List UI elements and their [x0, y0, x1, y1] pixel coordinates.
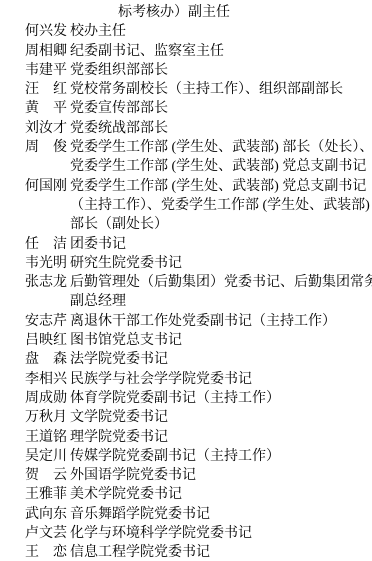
- title-line: 研究生院党委书记: [70, 254, 372, 273]
- person-name: 黄 平: [25, 99, 67, 118]
- title-line: 法学院党委书记: [70, 350, 372, 369]
- person-name: 卢文芸: [25, 524, 67, 543]
- title-line: 纪委副书记、监察室主任: [70, 42, 372, 61]
- title-line: 离退休干部工作处党委副书记（主持工作）: [70, 312, 372, 331]
- position-titles: 研究生院党委书记: [70, 254, 372, 273]
- title-line: （主持工作）、党委学生工作部 (学生处、武装部) 副: [70, 196, 372, 215]
- person-name: 何兴发: [25, 22, 67, 41]
- appointment-entry: 何国刚 党委学生工作部 (学生处、武装部) 党总支副书记（主持工作）、党委学生工…: [25, 177, 372, 235]
- appointment-entry: 吕映红 图书馆党总支书记: [25, 331, 372, 350]
- position-titles: 党校常务副校长（主持工作）、组织部副部长: [70, 80, 372, 99]
- position-titles: 文学院党委书记: [70, 408, 372, 427]
- appointment-entry: 王 恋 信息工程学院党委书记: [25, 543, 372, 561]
- appointment-entry: 吴定川 传媒学院党委副书记（主持工作）: [25, 447, 372, 466]
- person-name: 周成勋: [25, 389, 67, 408]
- title-line: 党委学生工作部 (学生处、武装部) 部长（处长）、: [70, 138, 372, 157]
- position-titles: 纪委副书记、监察室主任: [70, 42, 372, 61]
- person-name: 韦建平: [25, 61, 67, 80]
- title-line: 党委学生工作部 (学生处、武装部) 党总支副书记: [70, 177, 372, 196]
- title-line: 传媒学院党委副书记（主持工作）: [70, 447, 372, 466]
- appointment-entry: 韦光明 研究生院党委书记: [25, 254, 372, 273]
- person-name: 王 恋: [25, 543, 67, 561]
- title-line: 民族学与社会学学院党委书记: [70, 370, 372, 389]
- title-line: 党委统战部部长: [70, 119, 372, 138]
- title-line: 文学院党委书记: [70, 408, 372, 427]
- person-name: 任 洁: [25, 235, 67, 254]
- carryover-title-line: 标考核办）副主任: [118, 3, 372, 22]
- position-titles: 后勤管理处（后勤集团）党委书记、后勤集团常务副总经理: [70, 273, 372, 312]
- title-line: 美术学院党委书记: [70, 485, 372, 504]
- appointments-list: 何兴发 校办主任 周相卿 纪委副书记、监察室主任 韦建平 党委组织部部长 汪 红…: [25, 22, 372, 561]
- title-line: 体育学院党委副书记（主持工作）: [70, 389, 372, 408]
- appointment-entry: 任 洁 团委书记: [25, 235, 372, 254]
- position-titles: 音乐舞蹈学院党委书记: [70, 505, 372, 524]
- appointment-entry: 王道铭 理学院党委书记: [25, 428, 372, 447]
- position-titles: 民族学与社会学学院党委书记: [70, 370, 372, 389]
- appointment-entry: 周相卿 纪委副书记、监察室主任: [25, 42, 372, 61]
- title-line: 信息工程学院党委书记: [70, 543, 372, 561]
- person-name: 安志芹: [25, 312, 67, 331]
- person-name: 李相兴: [25, 370, 67, 389]
- appointment-entry: 盘 森 法学院党委书记: [25, 350, 372, 369]
- appointment-entry: 李相兴 民族学与社会学学院党委书记: [25, 370, 372, 389]
- position-titles: 信息工程学院党委书记: [70, 543, 372, 561]
- person-name: 武向东: [25, 505, 67, 524]
- position-titles: 理学院党委书记: [70, 428, 372, 447]
- appointment-entry: 汪 红 党校常务副校长（主持工作）、组织部副部长: [25, 80, 372, 99]
- person-name: 韦光明: [25, 254, 67, 273]
- appointment-entry: 安志芹 离退休干部工作处党委副书记（主持工作）: [25, 312, 372, 331]
- position-titles: 外国语学院党委书记: [70, 466, 372, 485]
- position-titles: 党委宣传部部长: [70, 99, 372, 118]
- title-line: 音乐舞蹈学院党委书记: [70, 505, 372, 524]
- person-name: 汪 红: [25, 80, 67, 99]
- title-line: 理学院党委书记: [70, 428, 372, 447]
- appointment-entry: 何兴发 校办主任: [25, 22, 372, 41]
- person-name: 刘汝才: [25, 119, 67, 138]
- title-line: 团委书记: [70, 235, 372, 254]
- person-name: 盘 森: [25, 350, 67, 369]
- position-titles: 美术学院党委书记: [70, 485, 372, 504]
- person-name: 何国刚: [25, 177, 67, 196]
- position-titles: 团委书记: [70, 235, 372, 254]
- position-titles: 离退休干部工作处党委副书记（主持工作）: [70, 312, 372, 331]
- person-name: 王道铭: [25, 428, 67, 447]
- title-line: 党校常务副校长（主持工作）、组织部副部长: [70, 80, 372, 99]
- appointment-entry: 周成勋 体育学院党委副书记（主持工作）: [25, 389, 372, 408]
- person-name: 王雅菲: [25, 485, 67, 504]
- appointment-entry: 黄 平 党委宣传部部长: [25, 99, 372, 118]
- appointment-entry: 周 俊 党委学生工作部 (学生处、武装部) 部长（处长）、党委学生工作部 (学生…: [25, 138, 372, 177]
- title-line: 图书馆党总支书记: [70, 331, 372, 350]
- person-name: 贺 云: [25, 466, 67, 485]
- position-titles: 校办主任: [70, 22, 372, 41]
- appointment-entry: 韦建平 党委组织部部长: [25, 61, 372, 80]
- position-titles: 传媒学院党委副书记（主持工作）: [70, 447, 372, 466]
- person-name: 吴定川: [25, 447, 67, 466]
- person-name: 吕映红: [25, 331, 67, 350]
- position-titles: 法学院党委书记: [70, 350, 372, 369]
- position-titles: 党委学生工作部 (学生处、武装部) 党总支副书记（主持工作）、党委学生工作部 (…: [70, 177, 372, 235]
- title-line: 后勤管理处（后勤集团）党委书记、后勤集团常务: [70, 273, 372, 292]
- title-line: 党委组织部部长: [70, 61, 372, 80]
- position-titles: 党委统战部部长: [70, 119, 372, 138]
- person-name: 万秋月: [25, 408, 67, 427]
- position-titles: 化学与环境科学学院党委书记: [70, 524, 372, 543]
- position-titles: 图书馆党总支书记: [70, 331, 372, 350]
- position-titles: 党委学生工作部 (学生处、武装部) 部长（处长）、党委学生工作部 (学生处、武装…: [70, 138, 372, 177]
- title-line: 党委学生工作部 (学生处、武装部) 党总支副书记: [70, 157, 372, 176]
- appointment-entry: 刘汝才 党委统战部部长: [25, 119, 372, 138]
- title-line: 副总经理: [70, 292, 372, 311]
- person-name: 周 俊: [25, 138, 67, 157]
- appointment-entry: 万秋月 文学院党委书记: [25, 408, 372, 427]
- document-page: 标考核办）副主任 何兴发 校办主任 周相卿 纪委副书记、监察室主任 韦建平 党委…: [0, 0, 372, 561]
- title-line: 党委宣传部部长: [70, 99, 372, 118]
- appointment-entry: 贺 云 外国语学院党委书记: [25, 466, 372, 485]
- appointment-entry: 张志龙 后勤管理处（后勤集团）党委书记、后勤集团常务副总经理: [25, 273, 372, 312]
- title-line: 外国语学院党委书记: [70, 466, 372, 485]
- appointment-entry: 卢文芸 化学与环境科学学院党委书记: [25, 524, 372, 543]
- appointment-entry: 王雅菲 美术学院党委书记: [25, 485, 372, 504]
- title-line: 部长（副处长）: [70, 215, 372, 234]
- position-titles: 党委组织部部长: [70, 61, 372, 80]
- person-name: 张志龙: [25, 273, 67, 292]
- title-line: 校办主任: [70, 22, 372, 41]
- position-titles: 体育学院党委副书记（主持工作）: [70, 389, 372, 408]
- appointment-entry: 武向东 音乐舞蹈学院党委书记: [25, 505, 372, 524]
- person-name: 周相卿: [25, 42, 67, 61]
- title-line: 化学与环境科学学院党委书记: [70, 524, 372, 543]
